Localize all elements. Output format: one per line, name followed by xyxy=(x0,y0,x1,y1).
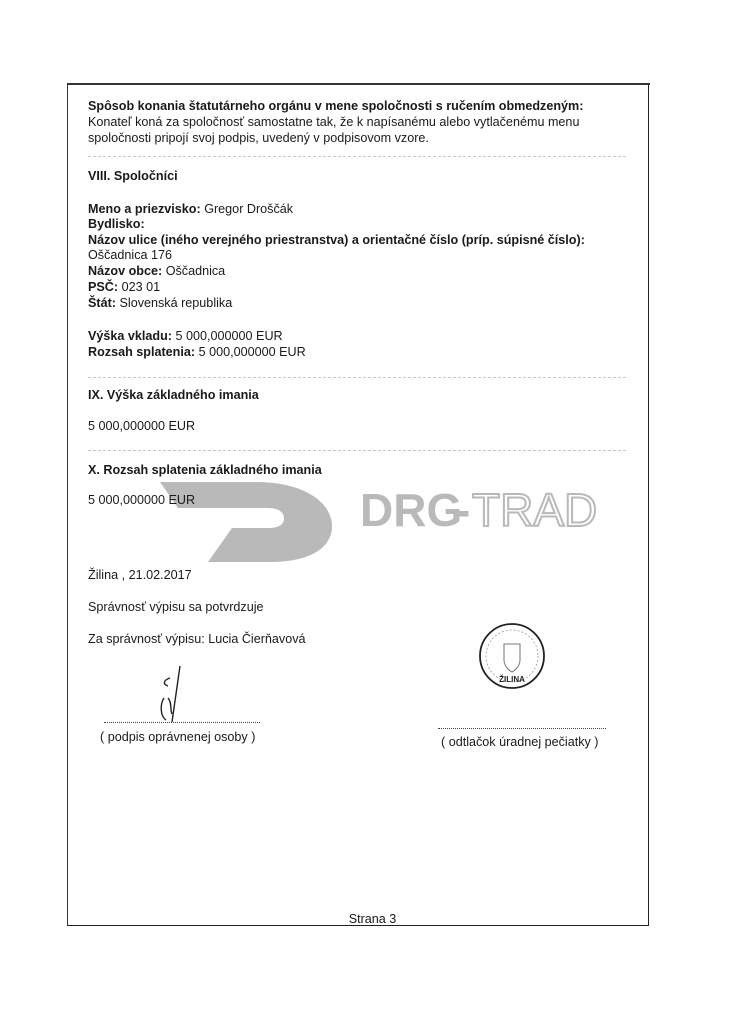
verified-by: Za správnosť výpisu: Lucia Čierňavová xyxy=(88,631,306,647)
stamp-caption: ( odtlačok úradnej pečiatky ) xyxy=(441,734,599,750)
name-label: Meno a priezvisko: xyxy=(88,202,201,216)
street-label: Názov ulice (iného verejného priestranst… xyxy=(88,232,585,248)
section-ix-value: 5 000,000000 EUR xyxy=(88,418,195,434)
acting-line-1: Konateľ koná za spoločnosť samostatne ta… xyxy=(88,114,579,130)
confirmation-text: Správnosť výpisu sa potvrdzuje xyxy=(88,599,264,615)
postcode-value: 023 01 xyxy=(122,280,161,294)
stamp-line xyxy=(438,728,606,729)
paid-label: Rozsah splatenia: xyxy=(88,345,195,359)
svg-text:ŽILINA: ŽILINA xyxy=(499,675,525,684)
postcode-label: PSČ: xyxy=(88,280,118,294)
section-x-value: 5 000,000000 EUR xyxy=(88,492,195,508)
signature-mark xyxy=(150,664,190,724)
signature-caption: ( podpis oprávnenej osoby ) xyxy=(100,729,255,745)
acting-heading: Spôsob konania štatutárneho orgánu v men… xyxy=(88,98,583,114)
place-date: Žilina , 21.02.2017 xyxy=(88,567,192,583)
name-value: Gregor Droščák xyxy=(204,202,293,216)
separator xyxy=(88,377,626,378)
partner-name-row: Meno a priezvisko: Gregor Droščák xyxy=(88,201,293,217)
separator xyxy=(88,156,626,157)
municipality-value: Oščadnica xyxy=(166,264,226,278)
page-number: Strana 3 xyxy=(0,912,745,926)
paid-value: 5 000,000000 EUR xyxy=(199,345,306,359)
deposit-label: Výška vkladu: xyxy=(88,329,172,343)
acting-line-2: spoločnosti pripojí svoj podpis, uvedený… xyxy=(88,130,429,146)
signature-line xyxy=(104,722,260,723)
separator xyxy=(88,450,626,451)
section-viii-title: VIII. Spoločníci xyxy=(88,168,178,184)
municipality-row: Názov obce: Oščadnica xyxy=(88,263,225,279)
street-value: Oščadnica 176 xyxy=(88,247,172,263)
section-x-title: X. Rozsah splatenia základného imania xyxy=(88,462,322,478)
municipality-label: Názov obce: xyxy=(88,264,162,278)
deposit-row: Výška vkladu: 5 000,000000 EUR xyxy=(88,328,283,344)
deposit-value: 5 000,000000 EUR xyxy=(176,329,283,343)
official-stamp: ŽILINA xyxy=(478,622,546,690)
country-label: Štát: xyxy=(88,296,116,310)
postcode-row: PSČ: 023 01 xyxy=(88,279,160,295)
paid-row: Rozsah splatenia: 5 000,000000 EUR xyxy=(88,344,306,360)
country-row: Štát: Slovenská republika xyxy=(88,295,232,311)
country-value: Slovenská republika xyxy=(120,296,233,310)
residence-label: Bydlisko: xyxy=(88,216,145,232)
section-ix-title: IX. Výška základného imania xyxy=(88,387,259,403)
